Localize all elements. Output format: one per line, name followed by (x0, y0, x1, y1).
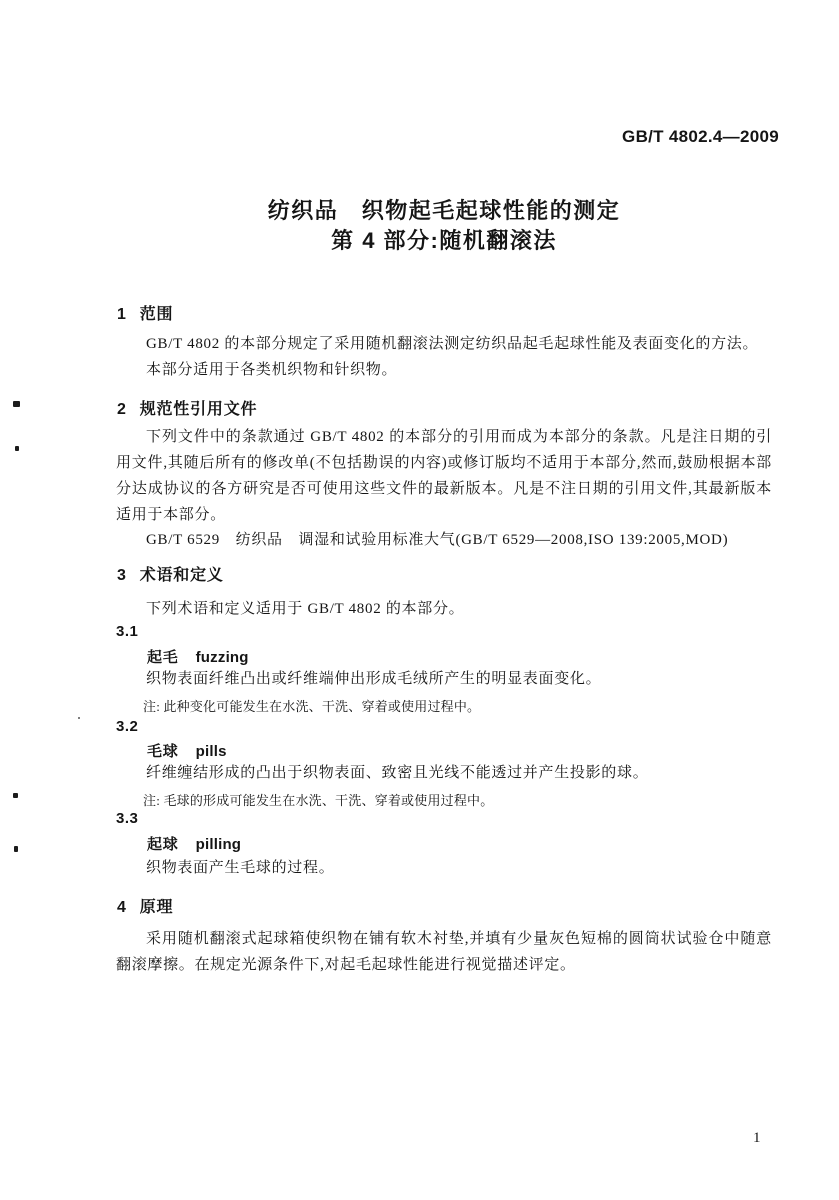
term-1-chinese: 起毛 (147, 649, 179, 666)
document-title-line2: 第 4 部分:随机翻滚法 (116, 226, 772, 256)
normative-references-paragraph: 下列文件中的条款通过 GB/T 4802 的本部分的引用而成为本部分的条款。凡是… (116, 424, 772, 528)
term-3-chinese: 起球 (147, 836, 179, 853)
document-title: 纺织品 织物起毛起球性能的测定 第 4 部分:随机翻滚法 (116, 196, 772, 256)
section-2-heading: 2规范性引用文件 (117, 396, 257, 419)
scanned-standard-page: GB/T 4802.4—2009 纺织品 织物起毛起球性能的测定 第 4 部分:… (0, 0, 839, 1200)
section-1-number: 1 (117, 306, 127, 324)
document-title-line1: 纺织品 织物起毛起球性能的测定 (116, 196, 772, 226)
section-4-heading: 4原理 (117, 894, 173, 917)
referenced-standard: GB/T 6529 纺织品 调湿和试验用标准大气(GB/T 6529—2008,… (116, 527, 772, 553)
scan-speck (13, 793, 18, 798)
term-1-definition: 织物表面纤维凸出或纤维端伸出形成毛绒所产生的明显表面变化。 (116, 666, 772, 692)
standard-code: GB/T 4802.4—2009 (622, 127, 779, 147)
principle-paragraph: 采用随机翻滚式起球箱使织物在铺有软木衬垫,并填有少量灰色短棉的圆筒状试验仓中随意… (116, 926, 772, 978)
term-2-english: pills (196, 743, 227, 760)
section-2-title: 规范性引用文件 (140, 401, 258, 418)
scan-speck (14, 846, 18, 852)
term-1-note: 注: 此种变化可能发生在水洗、干洗、穿着或使用过程中。 (116, 696, 763, 715)
term-2-number: 3.2 (116, 718, 138, 735)
term-3-definition: 织物表面产生毛球的过程。 (116, 855, 772, 881)
term-1-line: 起毛fuzzing (116, 646, 249, 667)
scan-speck (13, 401, 20, 407)
term-3-number: 3.3 (116, 810, 138, 827)
section-3-number: 3 (117, 567, 127, 585)
section-2-number: 2 (117, 401, 127, 419)
term-3-line: 起球pilling (116, 833, 241, 854)
page-number: 1 (753, 1130, 761, 1147)
term-2-chinese: 毛球 (147, 743, 179, 760)
scope-paragraph-2: 本部分适用于各类机织物和针织物。 (116, 357, 772, 383)
section-3-heading: 3术语和定义 (117, 562, 224, 585)
scan-speck (78, 717, 80, 719)
term-1-number: 3.1 (116, 623, 138, 640)
term-2-note: 注: 毛球的形成可能发生在水洗、干洗、穿着或使用过程中。 (116, 790, 763, 809)
term-2-definition: 纤维缠结形成的凸出于织物表面、致密且光线不能透过并产生投影的球。 (116, 760, 772, 786)
section-4-number: 4 (117, 899, 127, 917)
term-2-line: 毛球pills (116, 740, 227, 761)
scope-paragraph-1: GB/T 4802 的本部分规定了采用随机翻滚法测定纺织品起毛起球性能及表面变化… (116, 331, 772, 357)
section-3-title: 术语和定义 (140, 567, 224, 584)
section-1-heading: 1范围 (117, 301, 173, 324)
section-1-title: 范围 (140, 306, 174, 323)
term-1-english: fuzzing (196, 649, 249, 666)
term-3-english: pilling (196, 836, 242, 853)
scan-speck (15, 446, 19, 451)
section-4-title: 原理 (140, 899, 174, 916)
terms-intro: 下列术语和定义适用于 GB/T 4802 的本部分。 (116, 596, 772, 622)
